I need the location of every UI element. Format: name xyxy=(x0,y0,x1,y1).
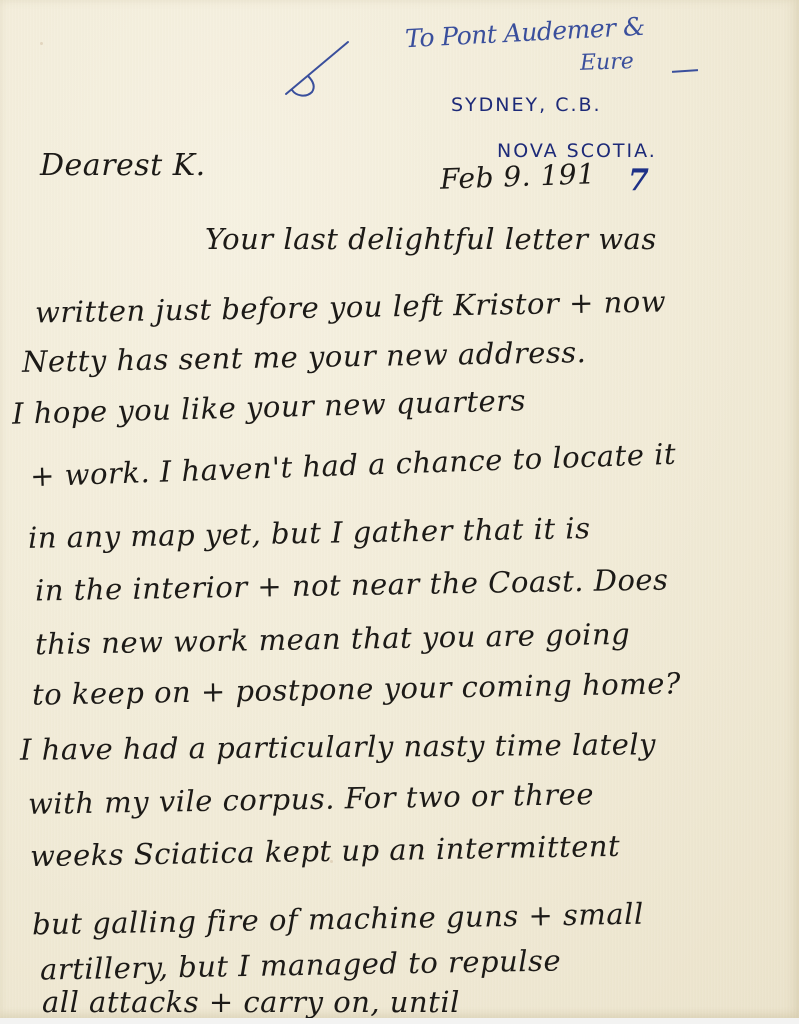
forwarding-annotation-line2: Eure xyxy=(580,49,635,76)
body-line: written just before you left Kristor + n… xyxy=(35,284,667,329)
check-mark-icon xyxy=(282,36,354,98)
body-line: to keep on + postpone your coming home? xyxy=(32,666,681,711)
date-corrected-digit: 7 xyxy=(628,163,649,198)
forwarding-annotation-line1: To Pont Audemer & xyxy=(404,12,645,54)
body-line: all attacks + carry on, until xyxy=(42,985,460,1019)
body-line: with my vile corpus. For two or three xyxy=(28,777,594,821)
forwarding-ampersand: & xyxy=(622,12,645,42)
body-line: this new work mean that you are going xyxy=(35,617,631,661)
body-line: in the interior + not near the Coast. Do… xyxy=(35,562,669,607)
body-line: I hope you like your new quarters xyxy=(12,383,527,430)
date-text: Feb 9. 191 xyxy=(439,157,595,195)
body-line: but galling fire of machine guns + small xyxy=(32,897,644,942)
body-line: in any map yet, but I gather that it is xyxy=(28,511,591,555)
scan-bottom-edge xyxy=(0,1018,799,1024)
letter-date: Feb 9. 191 xyxy=(439,157,595,195)
body-line: weeks Sciatica kept up an intermittent xyxy=(30,829,621,873)
letter-page: To Pont Audemer & Eure SYDNEY, C.B. NOVA… xyxy=(0,0,799,1018)
body-line: Your last delightful letter was xyxy=(205,222,657,256)
forwarding-destination: To Pont Audemer xyxy=(404,13,616,53)
body-line: artillery, but I managed to repulse xyxy=(40,943,562,986)
body-line: + work. I haven't had a chance to locate… xyxy=(30,437,677,494)
annotation-dash xyxy=(672,69,698,73)
paper-speck xyxy=(330,860,333,863)
body-line: Netty has sent me your new address. xyxy=(22,335,587,379)
body-line: I have had a particularly nasty time lat… xyxy=(20,727,656,767)
salutation: Dearest K. xyxy=(40,148,206,183)
letterhead-city: SYDNEY, C.B. xyxy=(451,94,602,116)
paper-speck xyxy=(40,42,43,45)
